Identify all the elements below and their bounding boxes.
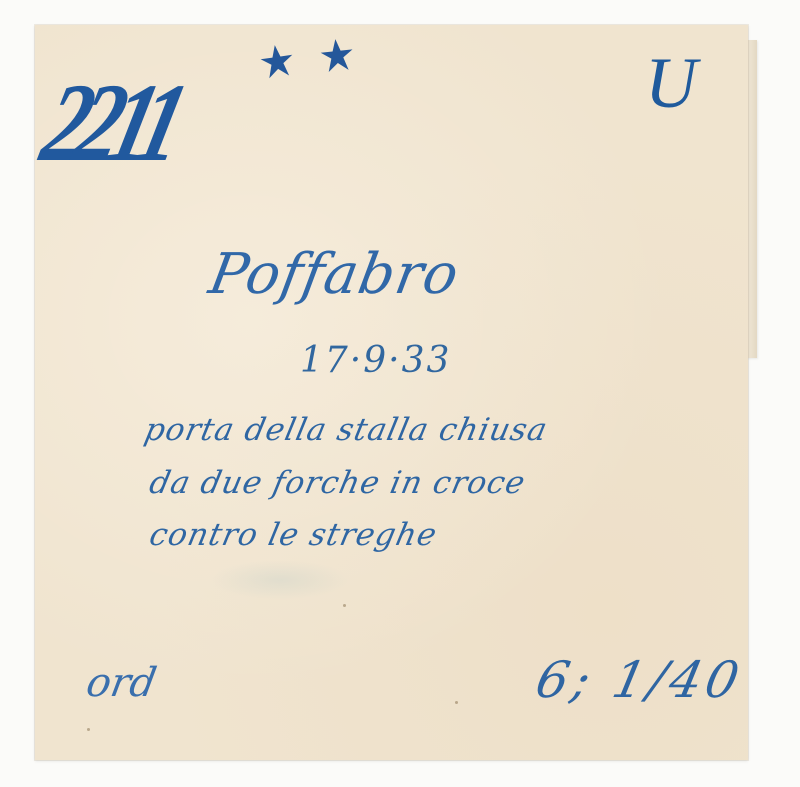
scan-background: 2211 U Poffabro 17·9·33 porta della stal… bbox=[0, 0, 800, 787]
star-icon bbox=[259, 43, 295, 79]
ink-smudge bbox=[210, 560, 350, 600]
place-name: Poffabro bbox=[205, 247, 463, 303]
paper-card: 2211 U Poffabro 17·9·33 porta della stal… bbox=[35, 25, 748, 760]
paper-speck bbox=[87, 728, 90, 731]
initials: ord bbox=[83, 663, 159, 703]
star-icon bbox=[319, 37, 354, 72]
note-line: contro le streghe bbox=[147, 520, 440, 551]
catalog-number: 2211 bbox=[33, 67, 187, 179]
paper-speck bbox=[343, 604, 346, 607]
note-line: porta della stalla chiusa bbox=[142, 415, 551, 446]
note-line: da due forche in croce bbox=[147, 468, 529, 499]
date: 17·9·33 bbox=[300, 343, 451, 379]
star-marks-icon bbox=[255, 37, 375, 87]
letter-code: U bbox=[645, 47, 697, 119]
paper-speck bbox=[455, 701, 458, 704]
reference-number: 6; 1/40 bbox=[532, 655, 747, 705]
